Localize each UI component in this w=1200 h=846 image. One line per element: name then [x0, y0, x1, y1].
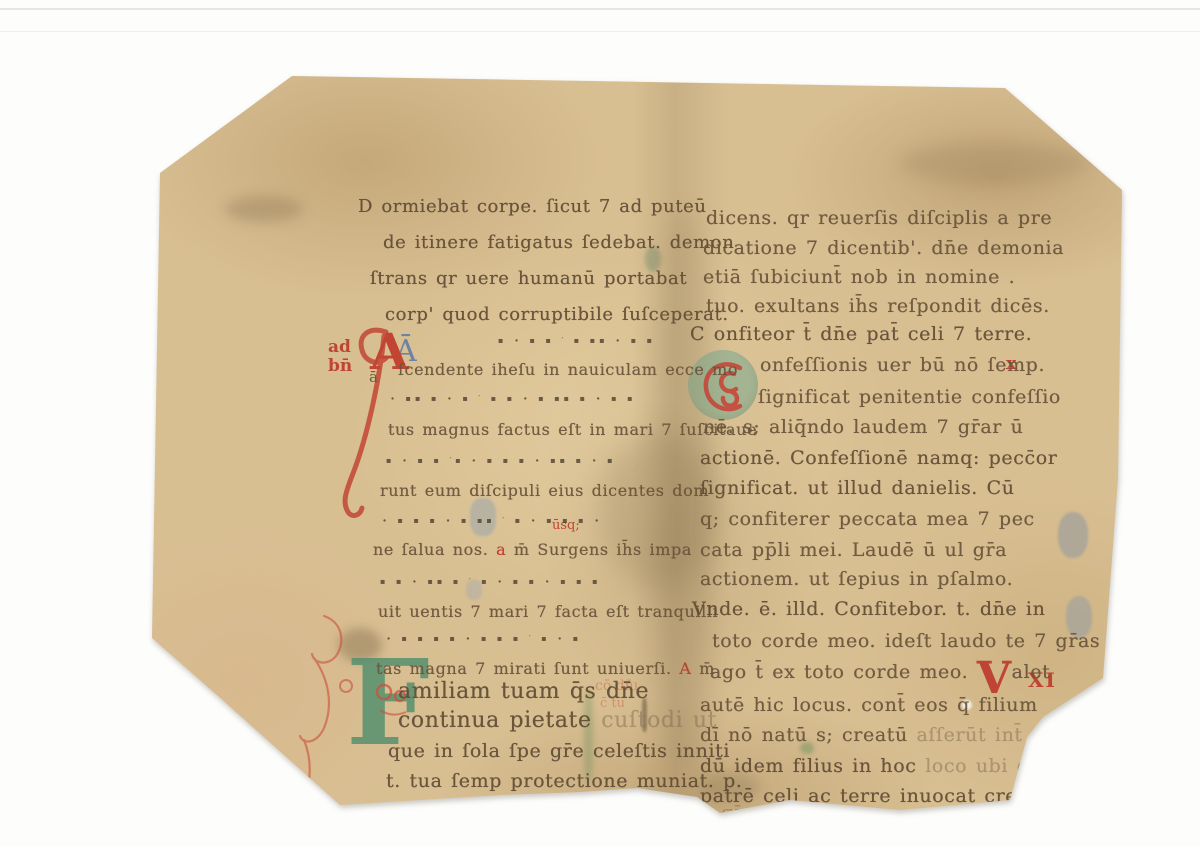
text-segment: aſſerūt int̄	[916, 724, 1022, 746]
text-segment: loco ubi dn̄m	[925, 755, 1061, 777]
text-segment: continua pietate	[398, 708, 601, 733]
text-segment: dicatione 7 dicentib'. dn̄e demonia	[703, 237, 1064, 259]
neume-row: ∙ ▪ ▪ ▪ ∙ ▪ ▪▪ ′ ▪ ∙ ▪ ▪ ▪ ∙	[382, 516, 603, 525]
neume-row: ∙ ▪ ▪ ▪ ▪ ∙ ▪ ▪ ▪ ′ ▪ ∙ ▪	[386, 634, 582, 643]
latin-text-line-left: t. tua ſemp protectione muniat. p.	[386, 770, 743, 792]
text-segment: a	[496, 540, 514, 559]
text-segment: alet	[1012, 661, 1051, 683]
latin-text-line-right: ī ſlb̄ ideſt hec 7 ſem	[705, 806, 916, 828]
text-segment: q; confiterer peccata mea 7 pec	[700, 508, 1035, 530]
text-segment: ſtrans qr uere humanū portabat	[370, 268, 687, 289]
latin-text-line-right: q; confiterer peccata mea 7 pec	[700, 508, 1035, 530]
text-segment: que in ſola ſpe gr̄e celeſtis inniti	[388, 740, 730, 762]
text-segment: ne ſalua nos.	[373, 540, 496, 559]
parchment-stain	[1058, 512, 1088, 558]
latin-text-line-left: ne ſalua nos. a m̄ Surgens ih̄s impa	[373, 540, 692, 559]
text-segment: Vnde. ē. illd. Confitebor. t. dn̄e in	[692, 598, 1045, 620]
text-segment: C onfiteor t̄ dn̄e pat̄ celi 7 terre.	[690, 323, 1032, 345]
latin-text-line-left: d ilū ideſt hec ſem	[420, 800, 605, 821]
text-segment: tuo. exultans ih̄s reſpondit dicēs.	[706, 295, 1050, 317]
neume-row: ▪ ∙ ▪ ▪ ′▪ ∙ ▪ ▪ ▪ ∙ ▪▪ ▪ ∙ ▪	[386, 456, 617, 465]
latin-text-line-right: actionem. ut ſepius in pſalmo.	[700, 568, 1013, 590]
latin-text-line-right: nē. s; aliq̄ndo laudem 7 gr̄ar ū	[703, 416, 1023, 438]
text-segment: tus magnus factus eſt in mari 7 ſuſcitau…	[388, 420, 757, 439]
margin-note-line1: ad	[328, 338, 352, 357]
latin-text-line-left: de itinere fatigatus ſedebat. demon	[383, 232, 734, 253]
latin-text-line-right: tuo. exultans ih̄s reſpondit dicēs.	[706, 295, 1050, 317]
latin-text-line-right: dicatione 7 dicentib'. dn̄e demonia	[703, 237, 1064, 259]
latin-text-line-right: dū idem filius in hoc loco ubi dn̄m	[700, 755, 1061, 777]
latin-text-line-right: dī nō natū s; creatū aſſerūt int̄	[700, 724, 1023, 746]
text-segment: de itinere fatigatus ſedebat. demon	[383, 232, 734, 253]
text-segment: dicens. qr reuerſis diſciplis a pre	[706, 207, 1052, 229]
text-segment: actionem. ut ſepius in pſalmo.	[700, 568, 1013, 590]
scanner-edge-line	[0, 8, 1200, 10]
text-segment: Surgens ih̄s impa	[537, 540, 692, 559]
margin-note-line2: bn̄	[328, 357, 352, 376]
latin-text-line-left: runt eum diſcipuli eius dicentes dom	[380, 481, 709, 500]
text-segment: runt eum diſcipuli eius dicentes dom	[380, 481, 709, 500]
text-segment: dū idem filius in hoc	[700, 755, 925, 777]
text-segment: m̄	[514, 540, 537, 559]
latin-text-line-left: amiliam tuam q̄s dn̄e	[398, 679, 649, 704]
neume-row: ▪ ∙ ▪ ▪ ′ ▪ ▪▪ ∙ ▪ ▪	[498, 336, 656, 345]
latin-text-line-right: etiā ſubiciunt̄ nob in nomine .	[703, 266, 1015, 288]
latin-text-line-left: ſcendente iheſu in nauiculam ecce mo	[398, 360, 738, 379]
text-segment: ſignificat. ut illud danielis. Cū	[700, 477, 1015, 499]
text-segment: patrē celi ac terre inuocat crea	[700, 785, 1029, 807]
latin-text-line-right: toto corde meo. ideſt laudo te 7 gr̄as	[712, 630, 1100, 652]
latin-text-line-left: continua pietate cuſtodi ut	[398, 708, 717, 733]
text-segment: ī ſlb̄ ideſt hec 7 ſem	[705, 806, 916, 828]
latin-text-line-left: tas magna 7 mirati ſunt uniuerſi. A m̄	[376, 659, 715, 678]
latin-text-line-right: dicens. qr reuerſis diſciplis a pre	[706, 207, 1052, 229]
latin-text-line-left: tus magnus factus eſt in mari 7 ſuſcitau…	[388, 420, 757, 439]
text-segment: autē hic locus. cont̄ eos q̄ filium	[700, 694, 1038, 716]
parchment-surface: ad bn̄ Ā A ā ūsq; cō dn̄ı c̄ tū F	[148, 72, 1133, 817]
text-segment: D ormiebat corpe. ſicut 7 ad puteū	[358, 196, 707, 217]
neume-row: ▪ ▪ ∙ ▪▪ ▪ ′ ▪ ∙ ▪ ▪ ∙ ▪ ▪ ▪	[380, 577, 602, 586]
latin-text-line-right: ſignificat. ut illud danielis. Cū	[700, 477, 1015, 499]
parchment-stain	[900, 142, 1090, 184]
text-segment: dī nō natū s; creatū	[700, 724, 916, 746]
text-segment: A	[679, 659, 699, 678]
latin-text-line-left: que in ſola ſpe gr̄e celeſtis inniti	[388, 740, 730, 762]
small-a-note: ā	[369, 368, 378, 386]
text-segment: cata pp̄li mei. Laudē ū ul gr̄a	[700, 539, 1007, 561]
latin-text-line-left: D ormiebat corpe. ſicut 7 ad puteū	[358, 196, 707, 217]
latin-text-line-right: onfeſſionis uer bū nō ſemp.	[760, 354, 1045, 376]
latin-text-line-right: Vnde. ē. illd. Confitebor. t. dn̄e in	[692, 598, 1045, 620]
text-segment: etiā ſubiciunt̄ nob in nomine .	[703, 266, 1015, 288]
latin-text-line-right: C onfiteor t̄ dn̄e pat̄ celi 7 terre.	[690, 323, 1032, 345]
margin-note: ad bn̄	[328, 338, 352, 376]
neume-row: ∙ ▪▪ ▪ ∙ ▪ ′ ▪ ▪ ∙ ▪ ▪▪ ▪ ∙ ▪ ▪	[390, 394, 637, 403]
latin-text-line-left: uit uentis 7 mari 7 facta eſt tranquilli	[378, 602, 718, 621]
text-segment: uit uentis 7 mari 7 facta eſt tranquilli	[378, 602, 718, 621]
text-segment: ago t̄ ex toto corde meo.	[710, 661, 977, 683]
parchment-stain	[225, 196, 303, 222]
text-segment: actionē. Confeſſionē namq: pecc̄or	[700, 447, 1057, 469]
text-segment: tas magna 7 mirati ſunt uniuerſi.	[376, 659, 679, 678]
text-segment: amiliam tuam q̄s dn̄e	[398, 679, 649, 704]
text-segment: nē. s; aliq̄ndo laudem 7 gr̄ar ū	[703, 416, 1023, 438]
text-segment: t. tua ſemp protectione muniat. p.	[386, 770, 743, 792]
text-segment: toto corde meo. ideſt laudo te 7 gr̄as	[712, 630, 1100, 652]
latin-text-line-right: ſignificat penitentie confeſſio	[758, 386, 1061, 408]
scanner-edge-line-faint	[0, 31, 1200, 32]
latin-text-line-right: patrē celi ac terre inuocat crea	[700, 785, 1029, 807]
scanned-manuscript-page: ad bn̄ Ā A ā ūsq; cō dn̄ı c̄ tū F	[0, 0, 1200, 846]
latin-text-line-right: actionē. Confeſſionē namq: pecc̄or	[700, 447, 1057, 469]
parchment-leaf: ad bn̄ Ā A ā ūsq; cō dn̄ı c̄ tū F	[148, 72, 1133, 817]
latin-text-line-right: cata pp̄li mei. Laudē ū ul gr̄a	[700, 539, 1007, 561]
text-segment: ſcendente iheſu in nauiculam ecce mo	[398, 360, 738, 379]
text-segment: corp' quod corruptibile ſuſceperat.	[385, 304, 729, 325]
latin-text-line-right: autē hic locus. cont̄ eos q̄ filium	[700, 694, 1038, 716]
text-segment: d ilū ideſt hec ſem	[420, 800, 605, 821]
latin-text-line-left: ſtrans qr uere humanū portabat	[370, 268, 687, 289]
latin-text-line-left: corp' quod corruptibile ſuſceperat.	[385, 304, 729, 325]
text-segment: onfeſſionis uer bū nō ſemp.	[760, 354, 1045, 376]
latin-text-line-right: ago t̄ ex toto corde meo. Valet	[710, 661, 1050, 683]
text-segment: ſignificat penitentie confeſſio	[758, 386, 1061, 408]
